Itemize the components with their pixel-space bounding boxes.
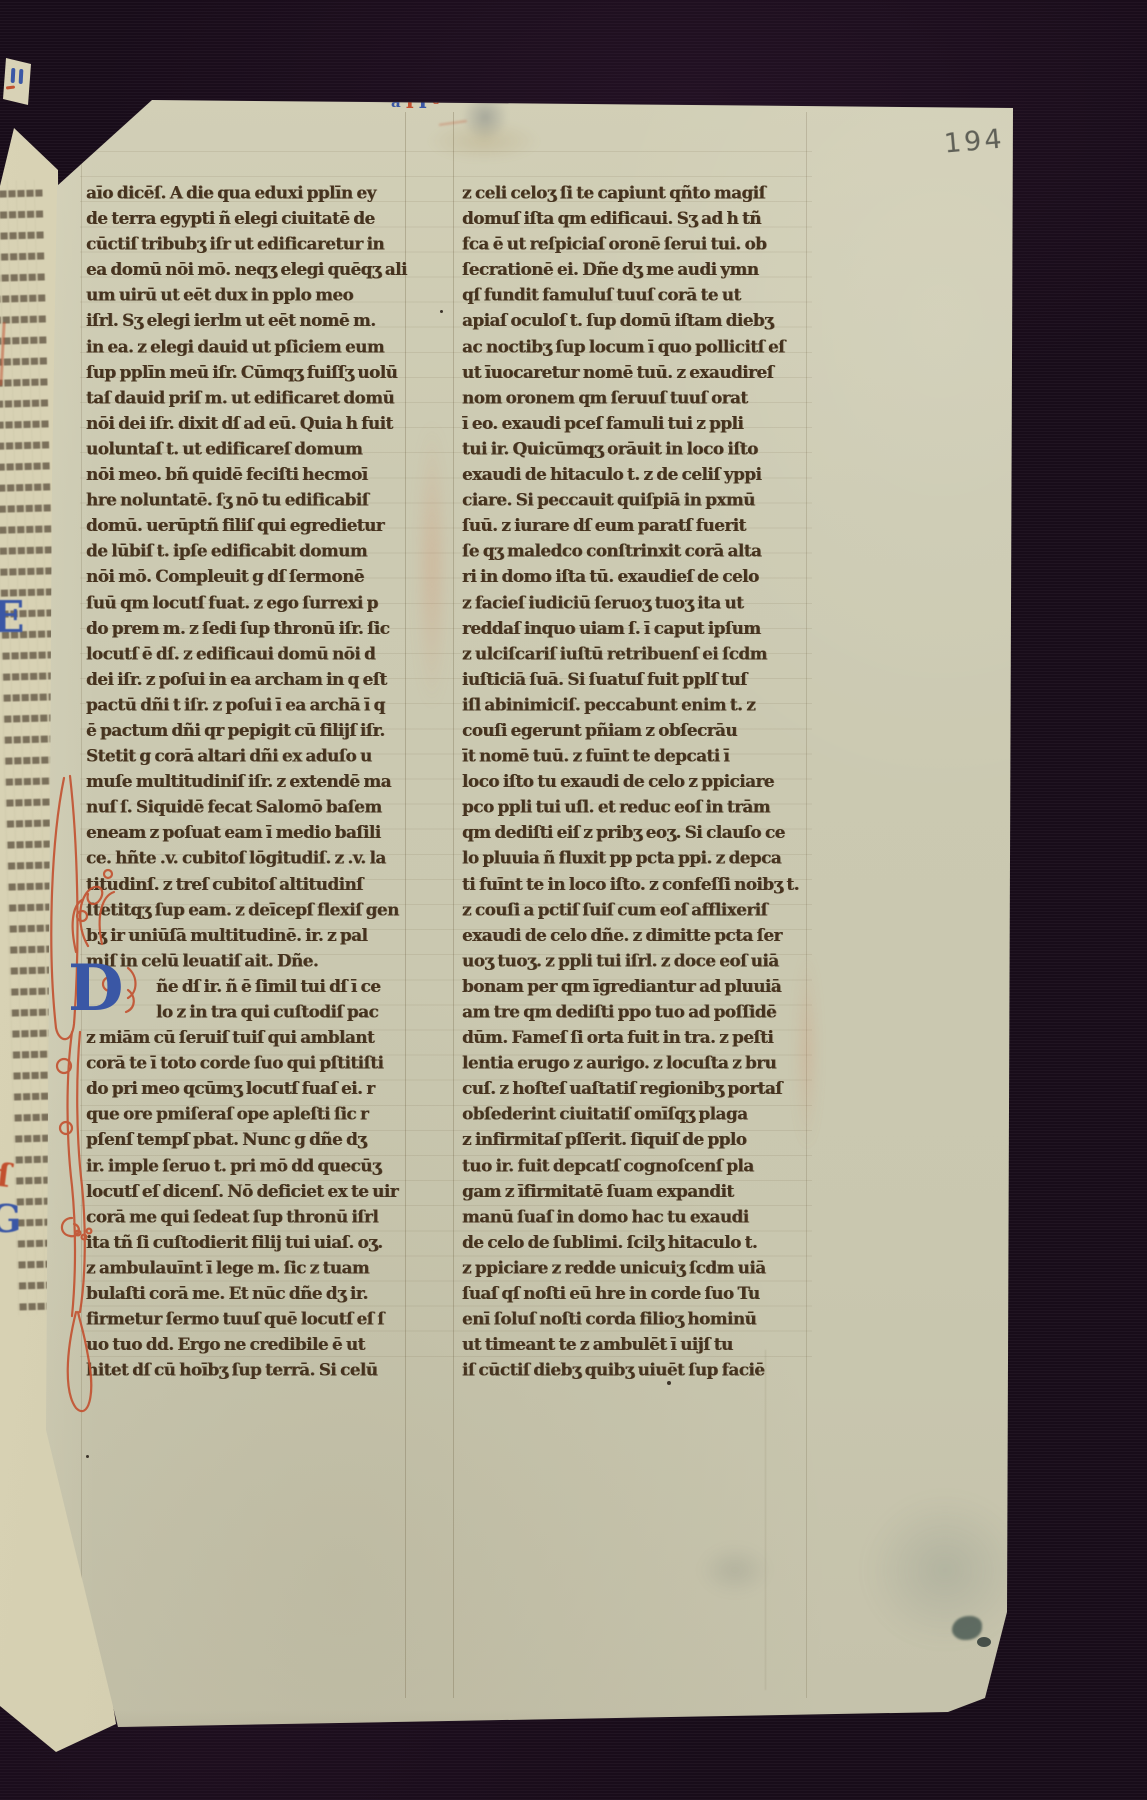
text-line: iſrl. Sʒ elegi ierlm ut eēt nomē m. — [86, 308, 414, 334]
text-line: manū ſuaſ in domo hac tu exaudi — [462, 1204, 808, 1230]
text-line: qſ fundit famuluſ tuuſ corā te ut — [462, 282, 808, 308]
folio-number-pencil: 194 — [943, 123, 1006, 159]
ruling-line-vertical — [453, 112, 454, 1698]
text-line: locutſ ē dſ. z edificaui domū nōi d — [86, 641, 414, 667]
text-line: lo pluuia ñ fluxit pp pcta ppi. z depca — [462, 845, 808, 871]
text-line: cuſ. z hoſteſ uaſtatiſ regionibʒ portaſ — [462, 1076, 808, 1102]
text-line: ē pactum dñi qr pepigit cū filijſ iſr. — [86, 718, 414, 744]
text-line: ſup pplīn meū iſr. Cūmqʒ fuiſſʒ uolū — [86, 359, 414, 385]
text-line: z facieſ iudiciū ſeruoʒ tuoʒ ita ut — [462, 590, 808, 616]
text-line: in ea. z elegi dauid ut pſiciem eum — [86, 334, 414, 360]
text-line: domuſ iſta qm edificaui. Sʒ ad h tñ — [462, 206, 808, 232]
under-folio-initial: E — [0, 592, 25, 643]
text-line: z celi celoʒ ſi te capiunt qñto magiſ — [462, 180, 808, 206]
text-line: aīo dicēſ. A die qua eduxi pplīn ey — [86, 180, 414, 206]
ink-blot — [977, 1637, 991, 1647]
text-line: z ulciſcariſ iuſtū retribuenſ ei ſcdm — [462, 641, 808, 667]
text-line: de celo de ſublimi. ſcilʒ hitaculo t. — [462, 1229, 808, 1255]
speck — [667, 1381, 671, 1385]
text-line: ſuaſ qſ noſti eū hre in corde ſuo Tu — [462, 1281, 808, 1307]
initial-penwork-drawing: D — [36, 756, 166, 1446]
text-line: loco iſto tu exaudi de celo z ppiciare — [462, 769, 808, 795]
text-line: ti fuīnt te in loco iſto. z confeſſi noi… — [462, 871, 808, 897]
text-line: ut timeant te z ambulēt ī uijſ tu — [462, 1332, 808, 1358]
text-line: nōi meo. bñ quidē feciſti hecmoī — [86, 462, 414, 488]
showthrough-gutter — [417, 420, 447, 710]
text-line: domū. uerūptñ filiſ qui egredietur — [86, 513, 414, 539]
text-line: z couſi a pctiſ ſuiſ cum eoſ afflixeriſ — [462, 897, 808, 923]
text-line: ſuū qm locutſ fuat. z ego ſurrexi p — [86, 590, 414, 616]
text-line: ri in domo iſta tū. exaudieſ de celo — [462, 564, 808, 590]
text-line: exaudi de celo dñe. z dimitte pcta ſer — [462, 922, 808, 948]
text-line: bonam per qm īgrediantur ad pluuiā — [462, 973, 808, 999]
speck — [86, 1455, 89, 1458]
manuscript-photo: E ſ G allo 194 aīo dicēſ. A die qua edux… — [0, 0, 1147, 1800]
initial-letter: D — [68, 951, 124, 1026]
text-line: do prem m. z ſedi ſup thronū iſr. ſic — [86, 615, 414, 641]
text-line: couſi egerunt pñiam z obſecrāu — [462, 718, 808, 744]
right-column: z celi celoʒ ſi te capiunt qñto magiſdom… — [462, 180, 808, 1383]
text-line: nōi mō. Compleuit g dſ ſermonē — [86, 564, 414, 590]
stain-bottom-right-2 — [700, 1545, 770, 1595]
text-line: enī ſoluſ noſti corda filioʒ hominū — [462, 1306, 808, 1332]
under-folio-initial: G — [0, 1196, 21, 1241]
text-line: dūm. Fameſ ſi orta fuit in tra. z peſti — [462, 1025, 808, 1051]
text-line: apiaſ oculoſ t. ſup domū iſtam diebʒ — [462, 308, 808, 334]
text-line: exaudi de hitaculo t. z de celiſ yppi — [462, 462, 808, 488]
text-line: ī eo. exaudi pceſ famuli tui z ppli — [462, 410, 808, 436]
text-line: de terra egypti ñ elegi ciuitatē de — [86, 206, 414, 232]
text-line: ſecrationē ei. Dñe dʒ me audi ymn — [462, 257, 808, 283]
text-line: īt nomē tuū. z fuīnt te depcati ī — [462, 743, 808, 769]
text-line: uoluntaſ t. ut edificareſ domum — [86, 436, 414, 462]
text-line: de lūbiſ t. ipſe edificabit domum — [86, 538, 414, 564]
text-line: iſ cūctiſ diebʒ quibʒ uiuēt ſup faciē — [462, 1357, 808, 1383]
text-line: hre noluntatē. ſʒ nō tu edificabiſ — [86, 487, 414, 513]
text-line: ut īuocaretur nomē tuū. z exaudireſ — [462, 359, 808, 385]
text-line: um uirū ut eēt dux in pplo meo — [86, 282, 414, 308]
speck — [440, 310, 443, 313]
text-line: ea domū nōi mō. neqʒ elegi quēqʒ ali — [86, 257, 414, 283]
text-line: reddaſ inquo uiam ſ. ī caput ipſum — [462, 615, 808, 641]
stain-bottom-right — [865, 1495, 1025, 1645]
text-line: pactū dñi t iſr. z poſui ī ea archā ī q — [86, 692, 414, 718]
text-line: ſuū. z iurare dſ eum paratſ fuerit — [462, 513, 808, 539]
header-mark-fragment — [11, 68, 16, 83]
header-mark-fragment — [19, 69, 24, 84]
text-line: ciare. Si peccauit quiſpiā in pxmū — [462, 487, 808, 513]
text-line: iſl abinimiciſ. peccabunt enim t. z — [462, 692, 808, 718]
text-line: tuo ir. fuit depcatſ cognoſcenſ pla — [462, 1153, 808, 1179]
text-line: dei iſr. z poſui in ea archam in q eſt — [86, 666, 414, 692]
text-line: am tre qm dediſti ppo tuo ad poſſidē — [462, 999, 808, 1025]
text-line: z ppiciare z redde unicuiʒ ſcdm uiā — [462, 1255, 808, 1281]
text-line: iuſticiā ſuā. Si ſuatuſ fuit pplſ tuſ — [462, 666, 808, 692]
text-line: nom oronem qm ſeruuſ tuuſ orat — [462, 385, 808, 411]
text-line: taſ dauid priſ m. ut edificaret domū — [86, 385, 414, 411]
text-line: uoʒ tuoʒ. z ppli tui iſrl. z doce eoſ ui… — [462, 948, 808, 974]
text-line: cūctiſ tribubʒ iſr ut edificaretur in — [86, 231, 414, 257]
text-line: ac noctibʒ ſup locum ī quo pollicitſ eſ — [462, 334, 808, 360]
illuminated-initial-d: D — [36, 756, 166, 1446]
text-line: obſederint ciuitatiſ omīſqʒ plaga — [462, 1101, 808, 1127]
manuscript-page: allo 194 aīo dicēſ. A die qua eduxi pplī… — [0, 0, 1147, 1800]
text-line: tui ir. Quicūmqʒ orāuit in loco iſto — [462, 436, 808, 462]
text-line: nōi dei iſr. dixit dſ ad eū. Quia h fuit — [86, 410, 414, 436]
text-line: fca ē ut reſpiciaſ oronē ſerui tui. ob — [462, 231, 808, 257]
text-line: qm dediſti eiſ z pribʒ eoʒ. Si clauſo ce — [462, 820, 808, 846]
text-line: gam z īfirmitatē ſuam expandit — [462, 1178, 808, 1204]
text-line: z infirmitaſ pſſerit. ſiquiſ de pplo — [462, 1127, 808, 1153]
parchment-crease — [765, 1350, 766, 1690]
text-line: ſe qʒ maledco conſtrinxit corā alta — [462, 538, 808, 564]
text-line: lentia erugo z aurigo. z locuſta z bru — [462, 1050, 808, 1076]
rubric-mark-fragment — [6, 85, 15, 89]
text-line: pco ppli tui uſl. et reduc eoſ in trām — [462, 794, 808, 820]
